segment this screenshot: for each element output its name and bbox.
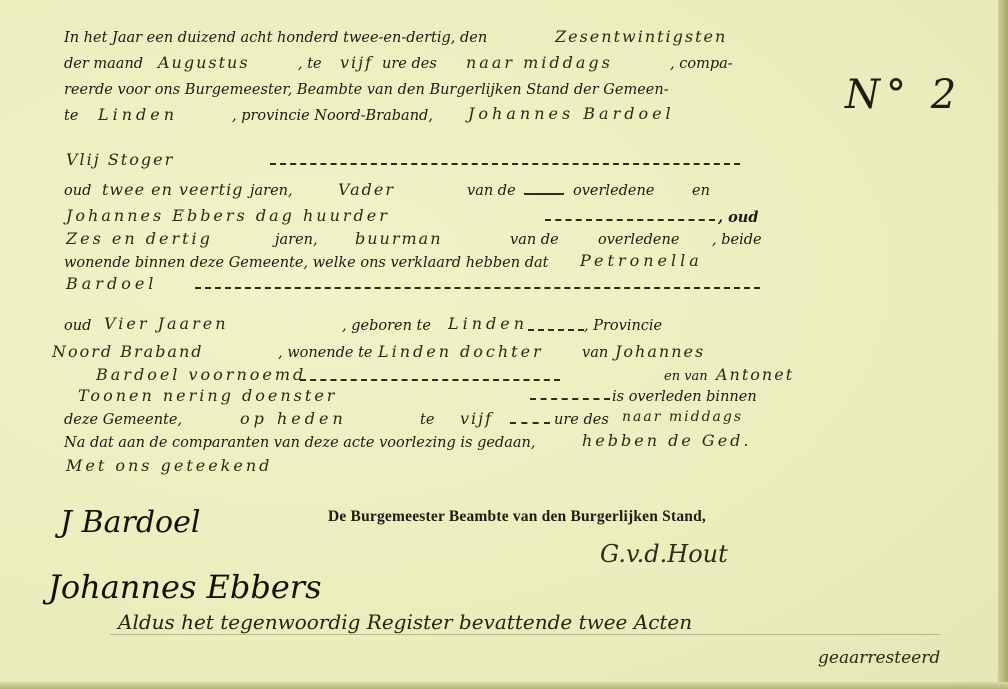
handwritten-declarant-2: Johannes Ebbers dag huurder: [66, 206, 390, 225]
handwritten-month: Augustus: [158, 53, 250, 72]
printed-te: , te: [298, 56, 322, 72]
official-title: De Burgemeester Beambte van den Burgerli…: [328, 508, 706, 526]
handwritten-declarant-1-age: twee en veertig: [102, 180, 243, 199]
handwritten-father-cont: Bardoel voornoemd: [96, 365, 306, 384]
printed-van-de: van de: [467, 183, 516, 199]
printed-en-van: en van: [664, 369, 708, 384]
fill-dashes: [195, 287, 760, 289]
handwritten-deceased-first: Petronella: [580, 251, 703, 270]
handwritten-declarant-2-age: Zes en dertig: [66, 229, 213, 248]
printed-van: van: [582, 345, 608, 361]
handwritten-hour-2: vijf: [460, 409, 493, 428]
handwritten-mother-cont: Toonen nering doenster: [78, 386, 337, 405]
printed-geboren-te: , geboren te: [342, 318, 431, 334]
printed-line-16: Na dat aan de comparanten van deze acte …: [64, 435, 535, 451]
printed-overledene-2: overledene: [598, 232, 679, 248]
printed-line-1: In het Jaar een duizend acht honderd twe…: [64, 30, 487, 46]
paper-edge-bottom: [0, 682, 1008, 689]
printed-compa: , compa-: [670, 56, 733, 72]
printed-ure-des: ure des: [382, 56, 437, 72]
handwritten-signing-clause: hebben de Ged.: [582, 431, 752, 450]
handwritten-death-day: op heden: [240, 409, 347, 428]
closing-note-line-1: Aldus het tegenwoordig Register bevatten…: [118, 610, 692, 634]
handwritten-municipality: Linden: [98, 105, 178, 124]
closing-rule: [110, 634, 940, 635]
handwritten-birthplace: Linden: [448, 314, 528, 333]
civil-record-page: N° 2 In het Jaar een duizend acht honder…: [0, 0, 998, 682]
printed-jaren-2: jaren,: [275, 232, 318, 248]
fill-dashes: [510, 422, 550, 424]
fill-dashes: [270, 163, 740, 165]
printed-oud-2: , oud: [718, 209, 758, 226]
fill-dashes: [300, 379, 560, 381]
handwritten-declarant-1-relation: Vader: [338, 180, 395, 199]
printed-jaren: jaren,: [250, 183, 293, 199]
handwritten-part-of-day-2: naar middags: [622, 409, 743, 425]
printed-overledene: overledene: [573, 183, 654, 199]
printed-deze-gemeente: deze Gemeente,: [64, 412, 182, 428]
printed-is-overleden: is overleden binnen: [612, 389, 757, 405]
handwritten-part-of-day-1: naar middags: [466, 53, 613, 72]
handwritten-father: Johannes: [615, 342, 705, 361]
record-number: N° 2: [845, 72, 962, 118]
handwritten-hour-1: vijf: [340, 53, 373, 72]
printed-ure-des-2: ure des: [554, 412, 609, 428]
handwritten-declarant-1: Johannes Bardoel: [468, 104, 675, 123]
printed-line-9: wonende binnen deze Gemeente, welke ons …: [64, 255, 548, 271]
printed-der-maand: der maand: [64, 56, 143, 72]
printed-wonende-te: , wonende te: [278, 345, 373, 361]
printed-oud: oud: [64, 183, 91, 199]
fill-dashes: [545, 219, 715, 221]
handwritten-residence: Linden: [378, 342, 452, 361]
signature-official: G.v.d.Hout: [600, 540, 728, 568]
handwritten-declarant-1-occupation: Vlij Stoger: [66, 150, 174, 169]
printed-te-3: te: [420, 412, 434, 428]
signature-bardoel: J Bardoel: [60, 505, 200, 540]
printed-provincie-2: , Provincie: [584, 318, 662, 334]
fill-dashes: [530, 398, 610, 400]
handwritten-declarant-2-relation: buurman: [355, 229, 443, 248]
handwritten-deceased-last: Bardoel: [66, 274, 157, 293]
handwritten-signing-clause-2: Met ons geteekend: [66, 456, 272, 475]
handwritten-province: Noord Braband: [52, 342, 204, 361]
handwritten-day: Zesentwintigsten: [555, 27, 727, 46]
printed-en: en: [692, 183, 710, 199]
handwritten-mother: Antonet: [716, 365, 794, 384]
handwritten-deceased-age: Vier Jaaren: [104, 314, 229, 333]
paper-edge-right: [998, 0, 1008, 689]
printed-van-de-2: van de: [510, 232, 559, 248]
printed-line-3: reerde voor ons Burgemeester, Beambte va…: [64, 82, 669, 98]
printed-oud-3: oud: [64, 318, 91, 334]
printed-beide: , beide: [712, 232, 762, 248]
closing-note-line-2: geaarresteerd: [818, 648, 940, 668]
printed-provincie: , provincie Noord-Braband,: [232, 108, 433, 124]
fill-dash: [524, 193, 564, 195]
fill-dashes: [528, 329, 584, 331]
handwritten-relation: dochter: [460, 342, 544, 361]
signature-ebbers: Johannes Ebbers: [48, 568, 322, 606]
printed-te-2: te: [64, 108, 78, 124]
